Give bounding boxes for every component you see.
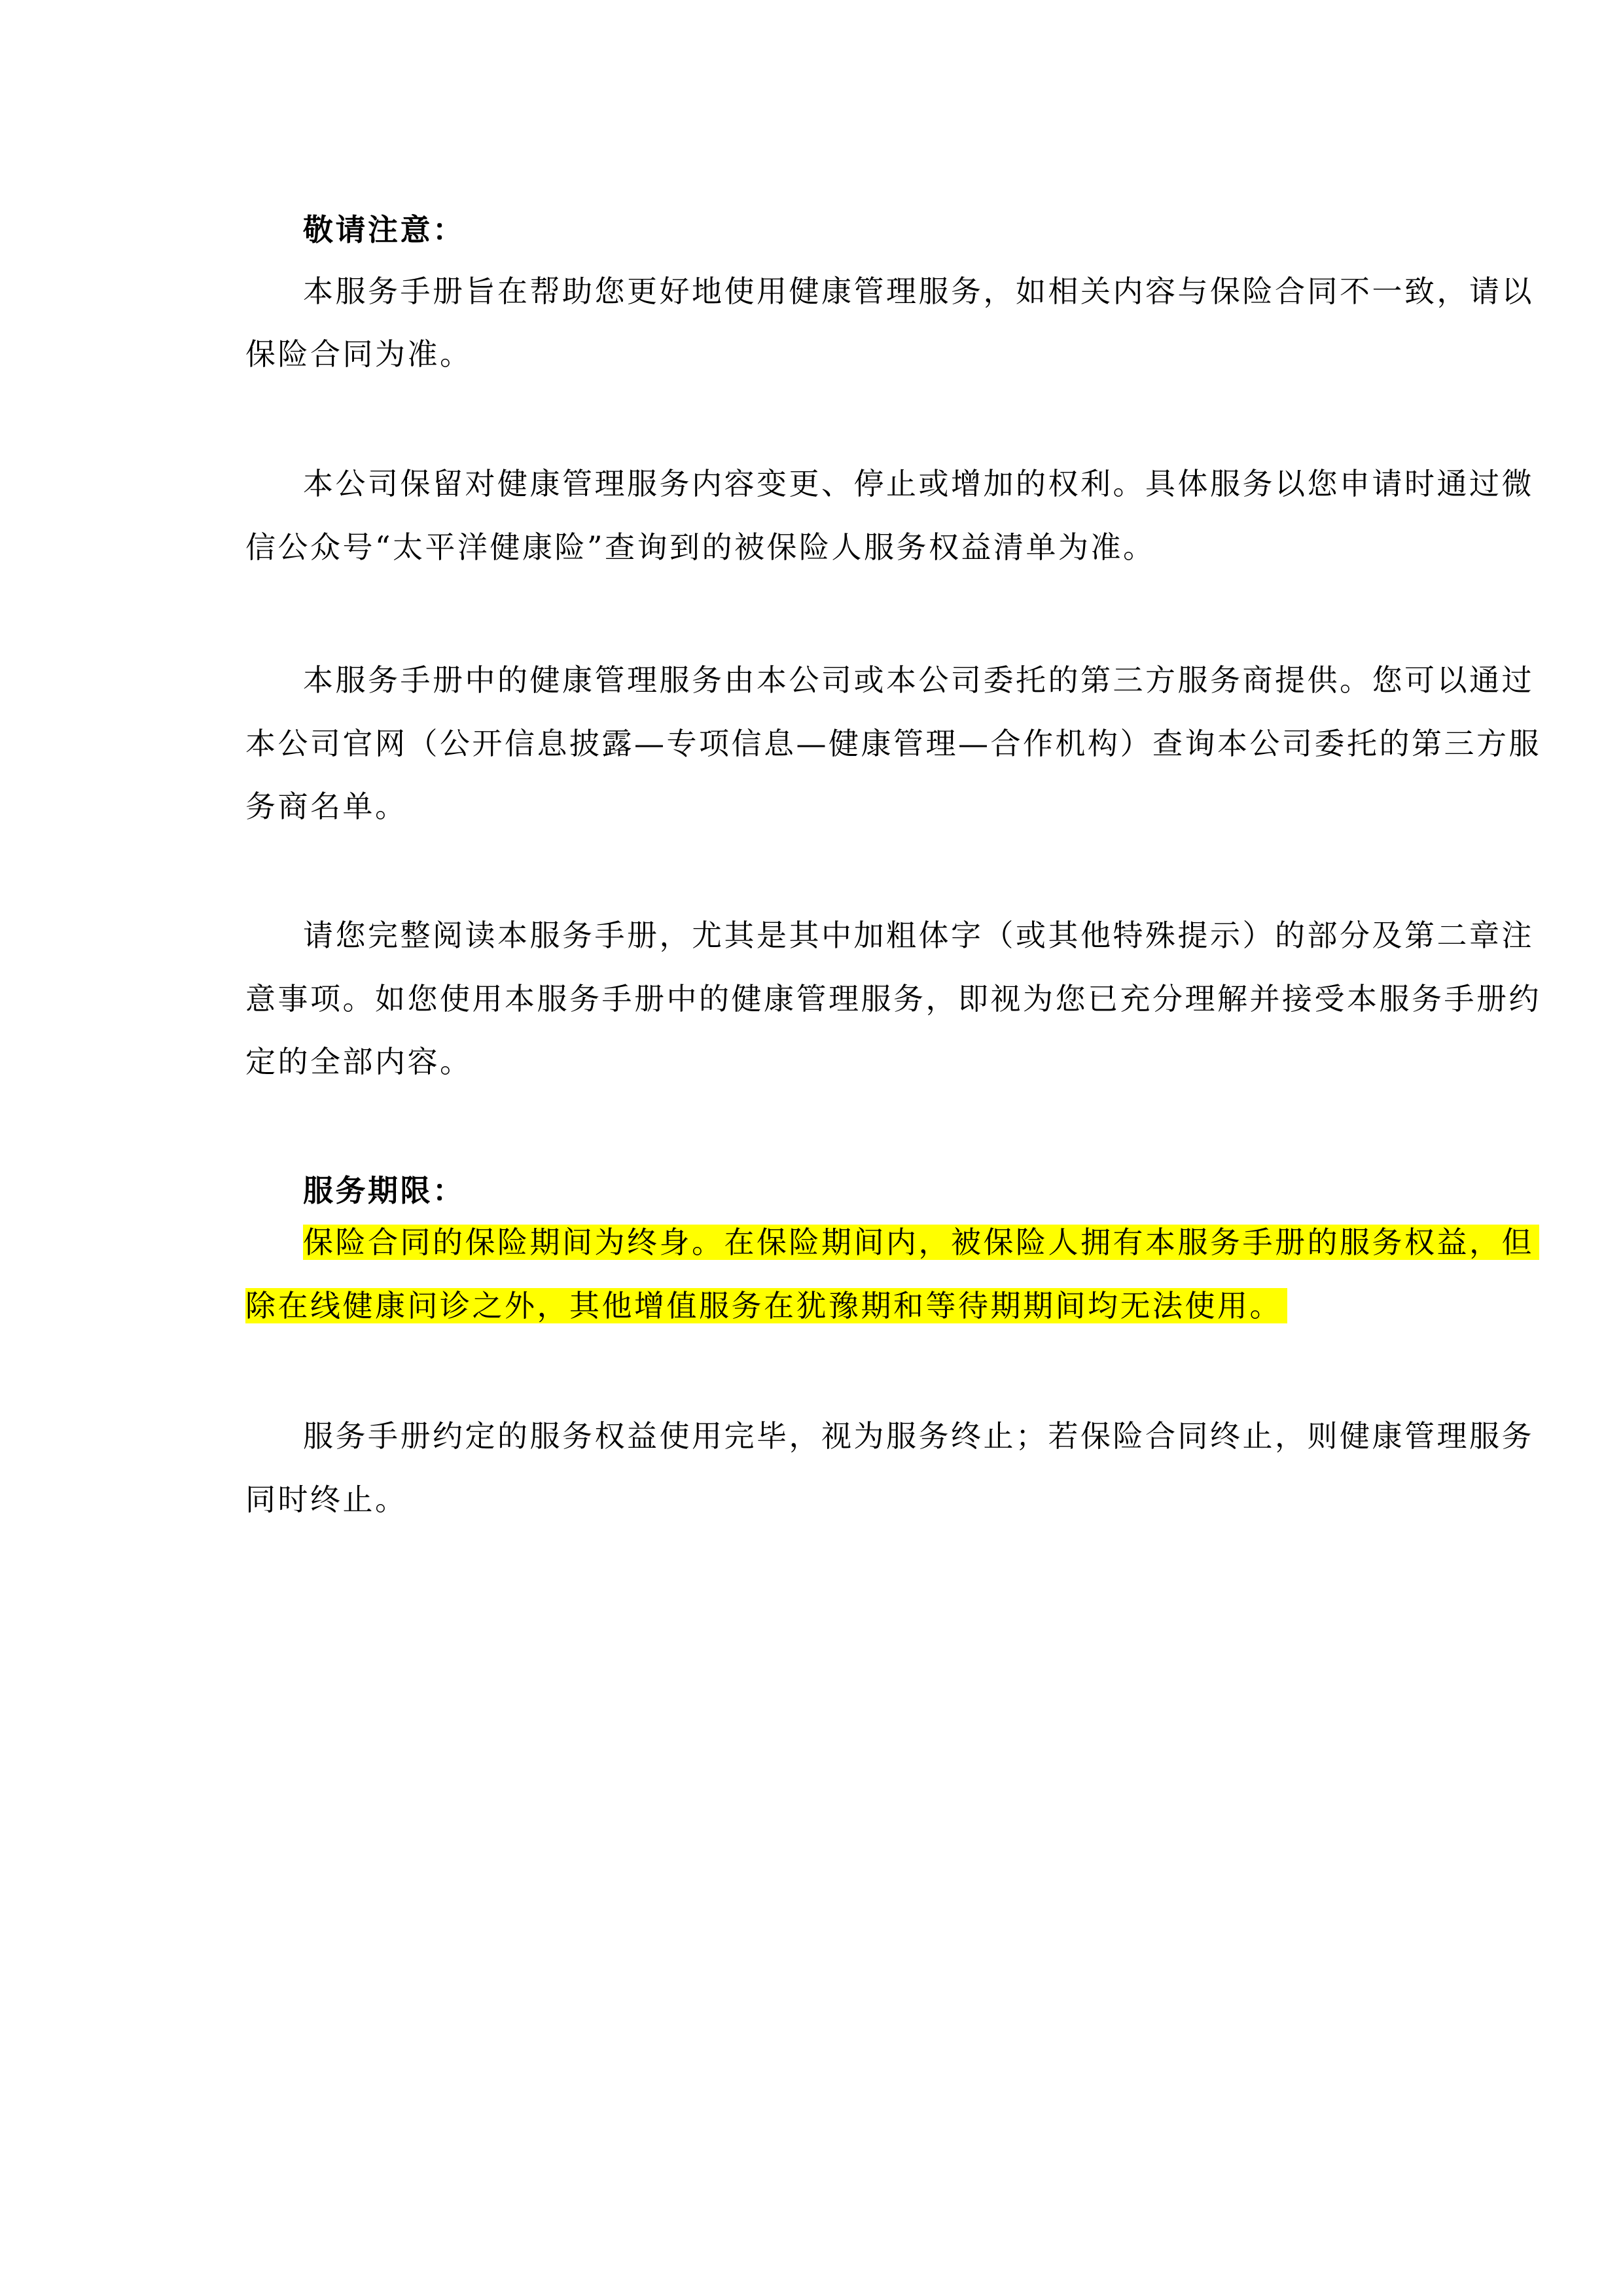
paragraph-line: 请您完整阅读本服务手册，尤其是其中加粗体字（或其他特殊提示）的部分及第二章注	[303, 910, 1534, 961]
highlighted-text: 除在线健康问诊之外，其他增值服务在犹豫期和等待期期间均无法使用。	[245, 1288, 1287, 1323]
paragraph-line: 定的全部内容。	[245, 1036, 473, 1087]
paragraph-line: 服务手册约定的服务权益使用完毕，视为服务终止；若保险合同终止，则健康管理服务	[303, 1410, 1534, 1462]
highlighted-text: 保险合同的保险期间为终身。在保险期间内，被保险人拥有本服务手册的服务权益，但	[303, 1225, 1539, 1260]
paragraph-line: 本服务手册旨在帮助您更好地使用健康管理服务，如相关内容与保险合同不一致，请以	[303, 266, 1534, 317]
paragraph-line: 同时终止。	[245, 1474, 408, 1525]
paragraph-line: 务商名单。	[245, 781, 408, 832]
paragraph-line: 保险合同为准。	[245, 329, 473, 380]
paragraph-line: 意事项。如您使用本服务手册中的健康管理服务，即视为您已充分理解并接受本服务手册约	[245, 973, 1541, 1024]
section-heading-service-period: 服务期限：	[303, 1165, 465, 1216]
paragraph-line: 本服务手册中的健康管理服务由本公司或本公司委托的第三方服务商提供。您可以通过	[303, 655, 1534, 706]
section-heading-notice: 敬请注意：	[303, 204, 465, 255]
paragraph-line: 除在线健康问诊之外，其他增值服务在犹豫期和等待期期间均无法使用。	[245, 1280, 1287, 1331]
paragraph-line: 保险合同的保险期间为终身。在保险期间内，被保险人拥有本服务手册的服务权益，但	[303, 1217, 1539, 1268]
paragraph-line: 本公司官网（公开信息披露—专项信息—健康管理—合作机构）查询本公司委托的第三方服	[245, 718, 1541, 769]
paragraph-line: 信公众号“太平洋健康险”查询到的被保险人服务权益清单为准。	[245, 522, 1156, 573]
paragraph-line: 本公司保留对健康管理服务内容变更、停止或增加的权利。具体服务以您申请时通过微	[303, 458, 1534, 509]
